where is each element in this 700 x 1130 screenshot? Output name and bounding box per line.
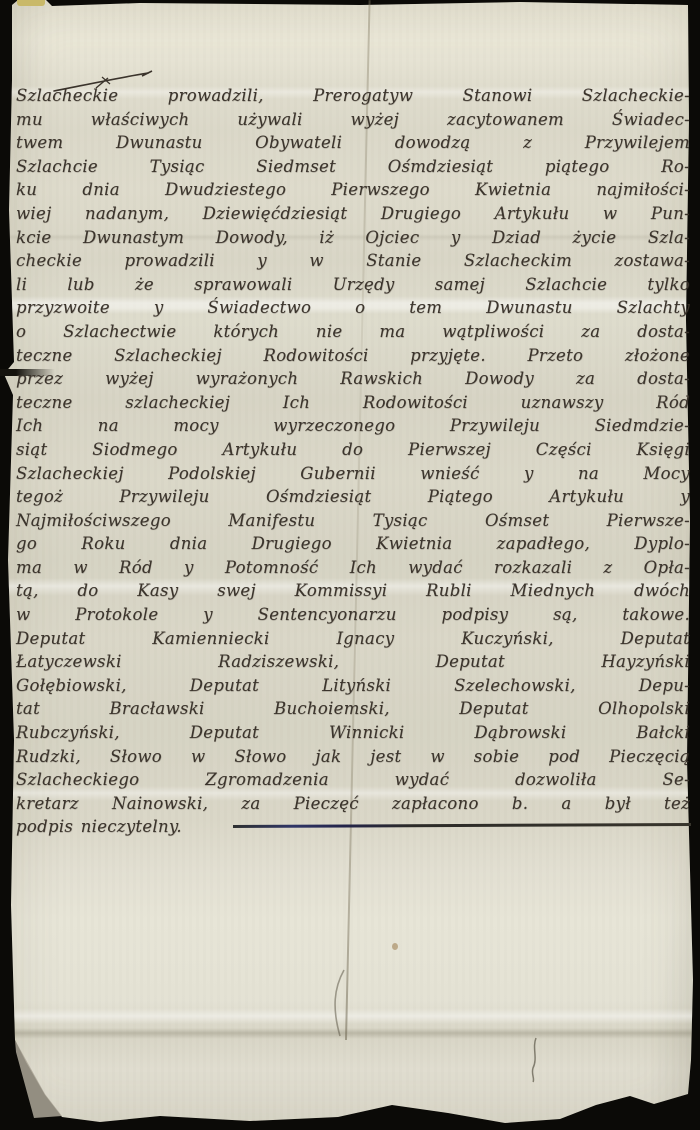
manuscript-line: Ich na mocy wyrzeczonego Przywileju Sied… [16, 414, 690, 438]
manuscript-line: Rubczyński, Deputat Winnicki Dąbrowski B… [16, 721, 690, 745]
manuscript-line: tą, do Kasy swej Kommissyi Rubli Miednyc… [16, 579, 690, 603]
manuscript-line: ku dnia Dwudziestego Pierwszego Kwietnia… [16, 178, 690, 202]
manuscript-line: twem Dwunastu Obywateli dowodzą z Przywi… [16, 131, 690, 155]
manuscript-line: przyzwoite y Świadectwo o tem Dwunastu S… [16, 296, 690, 320]
manuscript-line: checkie prowadzili y w Stanie Szlachecki… [16, 249, 690, 273]
manuscript-line: siąt Siodmego Artykułu do Pierwszej Częś… [16, 438, 690, 462]
manuscript-line: teczne Szlacheckiej Rodowitości przyjęte… [16, 344, 690, 368]
manuscript-line: tegoż Przywileju Ośmdziesiąt Piątego Art… [16, 485, 690, 509]
manuscript-line: Rudzki, Słowo w Słowo jak jest w sobie p… [16, 745, 690, 769]
manuscript-line: Gołębiowski, Deputat Lityński Szelechows… [16, 674, 690, 698]
manuscript-text: Szlacheckie prowadzili, Prerogatyw Stano… [16, 84, 690, 839]
manuscript-line: mu właściwych używali wyżej zacytowanem … [16, 108, 690, 132]
manuscript-line: kcie Dwunastym Dowody, iż Ojciec y Dziad… [16, 226, 690, 250]
manuscript-line: go Roku dnia Drugiego Kwietnia zapadłego… [16, 532, 690, 556]
manuscript-line: Szlacheckiego Zgromadzenia wydać dozwoli… [16, 768, 690, 792]
manuscript-line: podpis nieczytelny. [16, 815, 690, 839]
manuscript-line: Szlachcie Tysiąc Siedmset Ośmdziesiąt pi… [16, 155, 690, 179]
scanned-document: Szlacheckie prowadzili, Prerogatyw Stano… [0, 0, 700, 1130]
manuscript-line: Łatyczewski Radziszewski, Deputat Hayzyń… [16, 650, 690, 674]
manuscript-line: Szlacheckie prowadzili, Prerogatyw Stano… [16, 84, 690, 108]
manuscript-line: Najmiłościwszego Manifestu Tysiąc Ośmset… [16, 509, 690, 533]
manuscript-line: Deputat Kamienniecki Ignacy Kuczyński, D… [16, 627, 690, 651]
manuscript-line: Szlacheckiej Podolskiej Gubernii wnieść … [16, 462, 690, 486]
manuscript-line: w Protokole y Sentencyonarzu podpisy są,… [16, 603, 690, 627]
manuscript-line: kretarz Nainowski, za Pieczęć zapłacono … [16, 792, 690, 816]
manuscript-line: o Szlachectwie których nie ma wątpliwośc… [16, 320, 690, 344]
manuscript-line: tat Bracławski Buchoiemski, Deputat Olho… [16, 697, 690, 721]
manuscript-line: teczne szlacheckiej Ich Rodowitości uzna… [16, 391, 690, 415]
manuscript-line: ma w Ród y Potomność Ich wydać rozkazali… [16, 556, 690, 580]
manuscript-line: wiej nadanym, Dziewięćdziesiąt Drugiego … [16, 202, 690, 226]
manuscript-line: li lub że sprawowali Urzędy samej Szlach… [16, 273, 690, 297]
manuscript-line: przez wyżej wyrażonych Rawskich Dowody z… [16, 367, 690, 391]
